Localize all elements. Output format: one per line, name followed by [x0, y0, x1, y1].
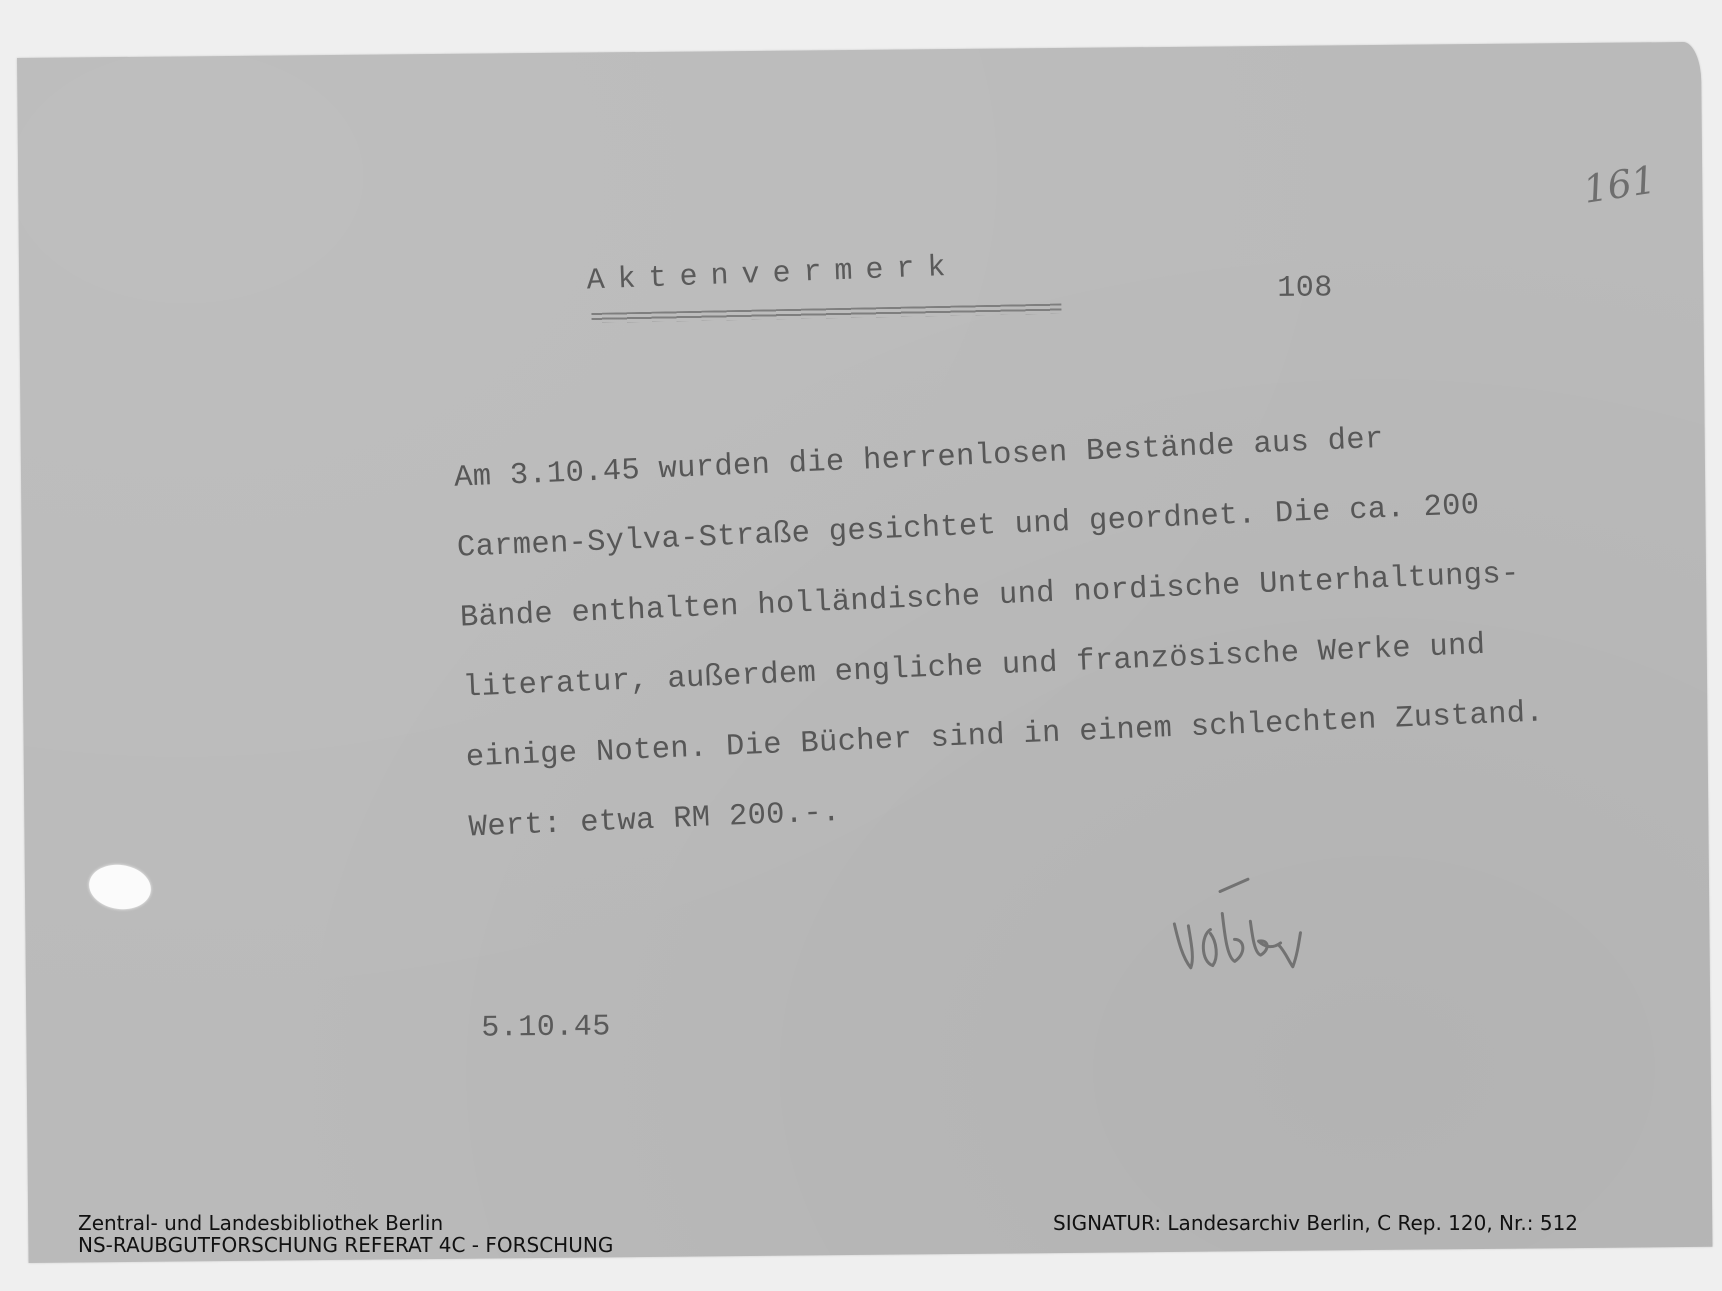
footer-archive-info: Zentral- und Landesbibliothek Berlin NS-… [78, 1212, 613, 1256]
memo-body: Am 3.10.45 wurden die herrenlosen Bestän… [453, 399, 1549, 864]
footer-signatur: SIGNATUR: Landesarchiv Berlin, C Rep. 12… [1053, 1212, 1578, 1234]
document-sheet: Aktenvermerk 108 161 Am 3.10.45 wurden d… [17, 42, 1712, 1263]
heading-underline [591, 304, 1061, 323]
footer-department: NS-RAUBGUTFORSCHUNG REFERAT 4C - FORSCHU… [78, 1234, 613, 1256]
footer-institution: Zentral- und Landesbibliothek Berlin [78, 1212, 613, 1234]
handwritten-folio-number: 161 [1580, 157, 1658, 211]
typed-page-number: 108 [1277, 271, 1333, 306]
memo-date: 5.10.45 [481, 1010, 611, 1045]
footer-signatur-text: SIGNATUR: Landesarchiv Berlin, C Rep. 12… [1053, 1212, 1578, 1234]
handwritten-signature-icon [1160, 861, 1321, 973]
document-heading: Aktenvermerk [586, 251, 959, 299]
